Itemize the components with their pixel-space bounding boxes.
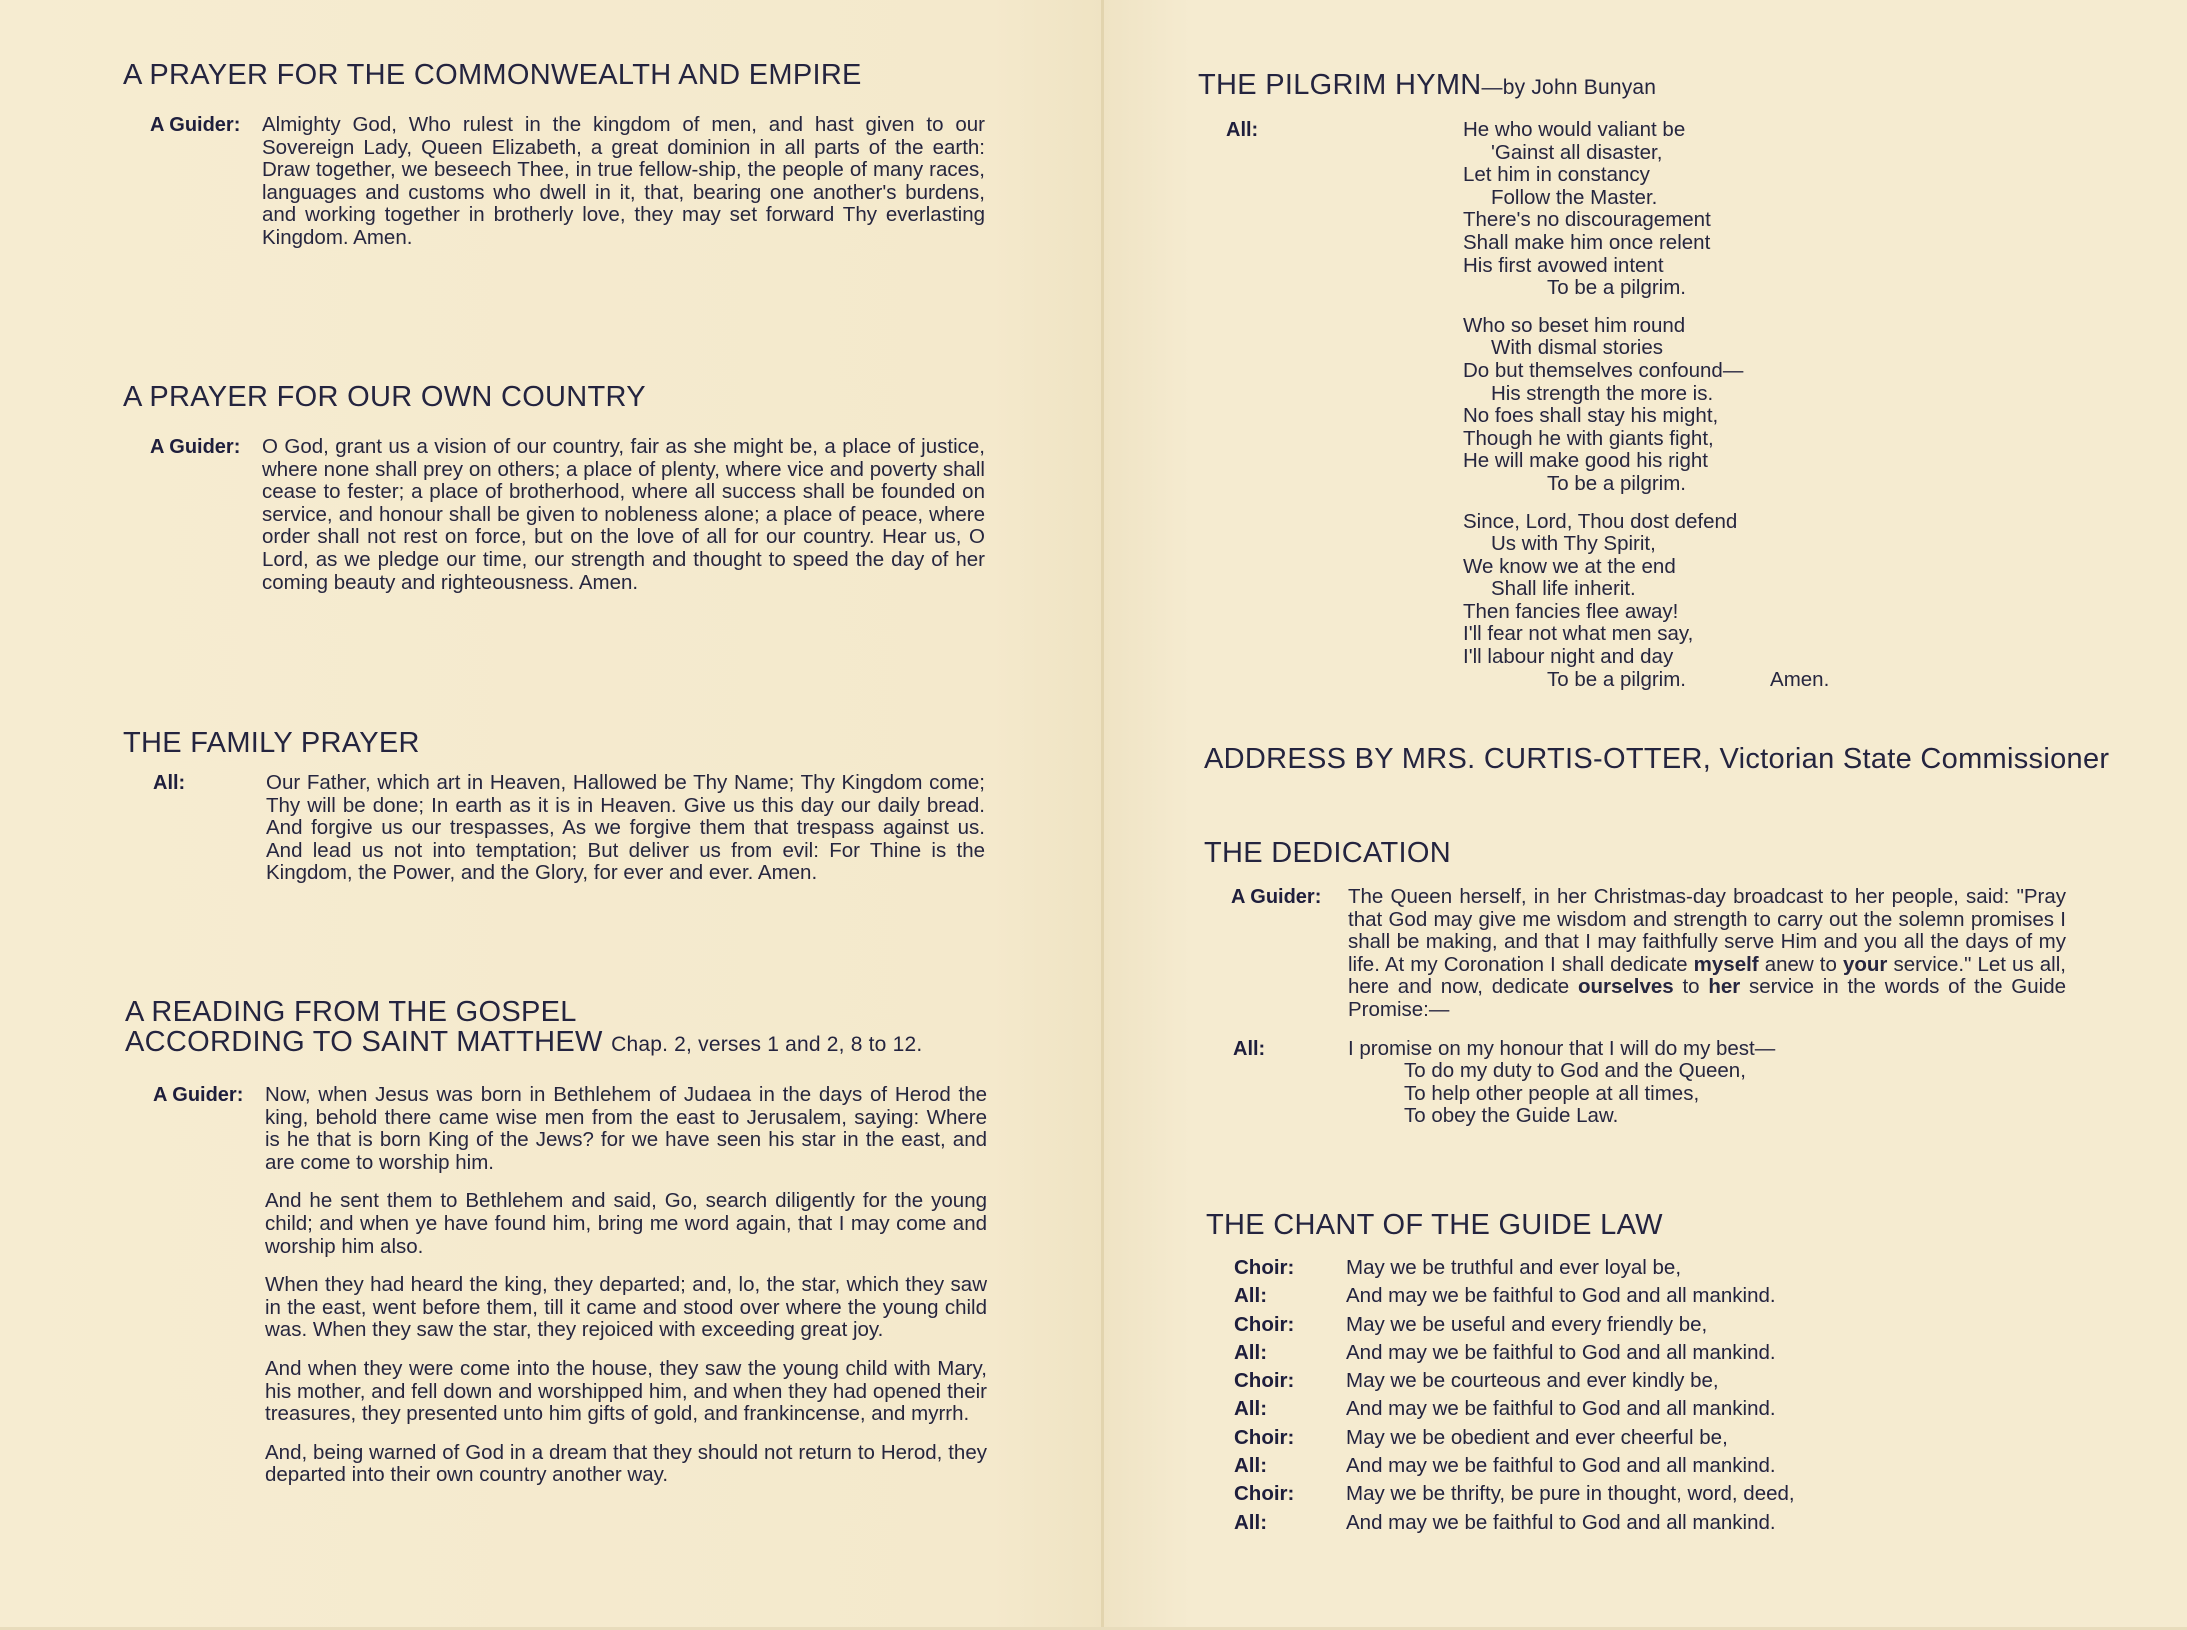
emphasis: your bbox=[1843, 953, 1887, 976]
speaker-label: A Guider: bbox=[153, 1084, 243, 1107]
chant-line: May we be obedient and ever cheerful be, bbox=[1346, 1424, 1728, 1452]
hymn-line: His strength the more is. bbox=[1463, 383, 2068, 406]
gospel-paragraph: When they had heard the king, they depar… bbox=[265, 1274, 987, 1342]
hymn-line: Who so beset him round bbox=[1463, 315, 2068, 338]
speaker-label: A Guider: bbox=[1231, 886, 1321, 909]
page-fold bbox=[1101, 0, 1104, 1630]
dedication-text: The Queen herself, in her Christmas-day … bbox=[1348, 886, 2066, 1022]
hymn-line: Follow the Master. bbox=[1463, 187, 2068, 210]
guide-promise: I promise on my honour that I will do my… bbox=[1348, 1038, 2066, 1128]
section-heading: THE PILGRIM HYMN—by John Bunyan bbox=[1198, 70, 2068, 103]
scripture-reference: Chap. 2, verses 1 and 2, 8 to 12. bbox=[611, 1033, 922, 1056]
chant-row: Choir:May we be thrifty, be pure in thou… bbox=[1234, 1480, 2068, 1508]
speaker-label: All: bbox=[1233, 1038, 1265, 1061]
amen-text: Amen. bbox=[1686, 668, 1829, 691]
hymn-line: I'll fear not what men say, bbox=[1463, 623, 2068, 646]
section-heading: ADDRESS BY MRS. CURTIS-OTTER, Victorian … bbox=[1204, 744, 2074, 774]
speaker-label: Choir: bbox=[1234, 1480, 1346, 1508]
chant-line: May we be courteous and ever kindly be, bbox=[1346, 1367, 1719, 1395]
section-chant-guide-law: THE CHANT OF THE GUIDE LAW Choir:May we … bbox=[1206, 1210, 2068, 1537]
text-run: anew to bbox=[1759, 953, 1843, 976]
section-pilgrim-hymn: THE PILGRIM HYMN—by John Bunyan All: He … bbox=[1198, 70, 2068, 706]
speaker-label: All: bbox=[1234, 1339, 1346, 1367]
emphasis: her bbox=[1708, 975, 1740, 998]
chant-row: Choir:May we be courteous and ever kindl… bbox=[1234, 1367, 2068, 1395]
hymn-line: I'll labour night and day bbox=[1463, 646, 2068, 669]
hymn-line-text: To be a pilgrim. bbox=[1547, 668, 1686, 691]
speaker-label: All: bbox=[1234, 1282, 1346, 1310]
hymn-verses: He who would valiant be 'Gainst all disa… bbox=[1463, 119, 2068, 691]
hymn-line: He will make good his right bbox=[1463, 450, 2068, 473]
section-address: ADDRESS BY MRS. CURTIS-OTTER, Victorian … bbox=[1204, 744, 2074, 774]
hymn-stanza: Since, Lord, Thou dost defend Us with Th… bbox=[1463, 511, 2068, 692]
hymn-line: With dismal stories bbox=[1463, 337, 2068, 360]
promise-line: To obey the Guide Law. bbox=[1348, 1105, 2066, 1128]
prayer-text: Almighty God, Who rulest in the kingdom … bbox=[262, 114, 985, 250]
gospel-paragraph: And, being warned of God in a dream that… bbox=[265, 1442, 987, 1487]
hymn-line: To be a pilgrim. bbox=[1463, 473, 2068, 496]
speaker-label: All: bbox=[1234, 1452, 1346, 1480]
section-heading-line1: A READING FROM THE GOSPEL bbox=[125, 997, 987, 1027]
speaker-label: All: bbox=[1234, 1395, 1346, 1423]
section-own-country-prayer: A PRAYER FOR OUR OWN COUNTRY A Guider: O… bbox=[123, 382, 985, 594]
hymn-line: There's no discouragement bbox=[1463, 209, 2068, 232]
promise-line: I promise on my honour that I will do my… bbox=[1348, 1038, 2066, 1061]
hymn-line: No foes shall stay his might, bbox=[1463, 405, 2068, 428]
emphasis: ourselves bbox=[1578, 975, 1674, 998]
section-gospel-reading: A READING FROM THE GOSPEL ACCORDING TO S… bbox=[125, 997, 987, 1487]
hymn-line: Then fancies flee away! bbox=[1463, 601, 2068, 624]
prayer-text: O God, grant us a vision of our country,… bbox=[262, 436, 985, 594]
hymn-line: Shall make him once relent bbox=[1463, 232, 2068, 255]
chant-row: Choir:May we be obedient and ever cheerf… bbox=[1234, 1424, 2068, 1452]
gospel-paragraph: And when they were come into the house, … bbox=[265, 1358, 987, 1426]
heading-text: ADDRESS BY MRS. CURTIS-OTTER, bbox=[1204, 743, 1711, 775]
speaker-label: Choir: bbox=[1234, 1424, 1346, 1452]
hymn-line: Shall life inherit. bbox=[1463, 578, 2068, 601]
section-heading: THE CHANT OF THE GUIDE LAW bbox=[1206, 1210, 2068, 1240]
chant-row: All:And may we be faithful to God and al… bbox=[1234, 1395, 2068, 1423]
section-commonwealth-prayer: A PRAYER FOR THE COMMONWEALTH AND EMPIRE… bbox=[123, 60, 985, 250]
section-heading: THE DEDICATION bbox=[1204, 838, 2066, 868]
speaker-label: All: bbox=[153, 772, 185, 795]
section-heading: A PRAYER FOR OUR OWN COUNTRY bbox=[123, 382, 985, 412]
chant-row: Choir:May we be truthful and ever loyal … bbox=[1234, 1254, 2068, 1282]
speaker-label: A Guider: bbox=[150, 114, 240, 137]
chant-line: May we be useful and every friendly be, bbox=[1346, 1311, 1707, 1339]
chant-row: All:And may we be faithful to God and al… bbox=[1234, 1282, 2068, 1310]
chant-line: And may we be faithful to God and all ma… bbox=[1346, 1395, 1776, 1423]
hymn-line: His first avowed intent bbox=[1463, 255, 2068, 278]
speaker-label: All: bbox=[1226, 119, 1258, 142]
speaker-label: Choir: bbox=[1234, 1311, 1346, 1339]
hymn-line: Though he with giants fight, bbox=[1463, 428, 2068, 451]
section-dedication: THE DEDICATION A Guider: The Queen herse… bbox=[1204, 838, 2066, 1128]
hymn-line: To be a pilgrim.Amen. bbox=[1463, 669, 2068, 692]
section-heading: THE FAMILY PRAYER bbox=[123, 728, 985, 758]
hymn-line: Since, Lord, Thou dost defend bbox=[1463, 511, 2068, 534]
gospel-text: Now, when Jesus was born in Bethlehem of… bbox=[265, 1084, 987, 1487]
hymn-line: 'Gainst all disaster, bbox=[1463, 142, 2068, 165]
chant-row: All:And may we be faithful to God and al… bbox=[1234, 1339, 2068, 1367]
gospel-paragraph: And he sent them to Bethlehem and said, … bbox=[265, 1190, 987, 1258]
promise-line: To help other people at all times, bbox=[1348, 1083, 2066, 1106]
section-heading-line2: ACCORDING TO SAINT MATTHEW Chap. 2, vers… bbox=[125, 1027, 987, 1060]
speaker-label: A Guider: bbox=[150, 436, 240, 459]
text-run: to bbox=[1674, 975, 1709, 998]
speaker-label: Choir: bbox=[1234, 1367, 1346, 1395]
hymn-byline: —by John Bunyan bbox=[1482, 76, 1657, 99]
hymn-line: He who would valiant be bbox=[1463, 119, 2068, 142]
heading-text: THE PILGRIM HYMN bbox=[1198, 69, 1482, 101]
hymn-stanza: Who so beset him round With dismal stori… bbox=[1463, 315, 2068, 496]
speaker-label: All: bbox=[1234, 1509, 1346, 1537]
hymn-line: To be a pilgrim. bbox=[1463, 277, 2068, 300]
section-family-prayer: THE FAMILY PRAYER All: Our Father, which… bbox=[123, 728, 985, 885]
hymn-line: Let him in constancy bbox=[1463, 164, 2068, 187]
chant-line: And may we be faithful to God and all ma… bbox=[1346, 1509, 1776, 1537]
chant-row: Choir:May we be useful and every friendl… bbox=[1234, 1311, 2068, 1339]
chant-line: And may we be faithful to God and all ma… bbox=[1346, 1452, 1776, 1480]
speaker-title: Victorian State Commissioner bbox=[1720, 743, 2110, 775]
chant-line: And may we be faithful to God and all ma… bbox=[1346, 1339, 1776, 1367]
promise-line: To do my duty to God and the Queen, bbox=[1348, 1060, 2066, 1083]
heading-text: ACCORDING TO SAINT MATTHEW bbox=[125, 1026, 603, 1058]
hymn-line: Us with Thy Spirit, bbox=[1463, 533, 2068, 556]
gospel-paragraph: Now, when Jesus was born in Bethlehem of… bbox=[265, 1084, 987, 1174]
hymn-stanza: He who would valiant be 'Gainst all disa… bbox=[1463, 119, 2068, 300]
hymn-line: We know we at the end bbox=[1463, 556, 2068, 579]
chant-line: May we be thrifty, be pure in thought, w… bbox=[1346, 1480, 1795, 1508]
section-heading: A PRAYER FOR THE COMMONWEALTH AND EMPIRE bbox=[123, 60, 985, 90]
prayer-text: Our Father, which art in Heaven, Hallowe… bbox=[266, 772, 985, 885]
speaker-label: Choir: bbox=[1234, 1254, 1346, 1282]
hymn-line: Do but themselves confound— bbox=[1463, 360, 2068, 383]
emphasis: myself bbox=[1694, 953, 1759, 976]
chant-row: All:And may we be faithful to God and al… bbox=[1234, 1509, 2068, 1537]
chant-line: May we be truthful and ever loyal be, bbox=[1346, 1254, 1681, 1282]
chant-line: And may we be faithful to God and all ma… bbox=[1346, 1282, 1776, 1310]
chant-lines: Choir:May we be truthful and ever loyal … bbox=[1234, 1254, 2068, 1537]
chant-row: All:And may we be faithful to God and al… bbox=[1234, 1452, 2068, 1480]
